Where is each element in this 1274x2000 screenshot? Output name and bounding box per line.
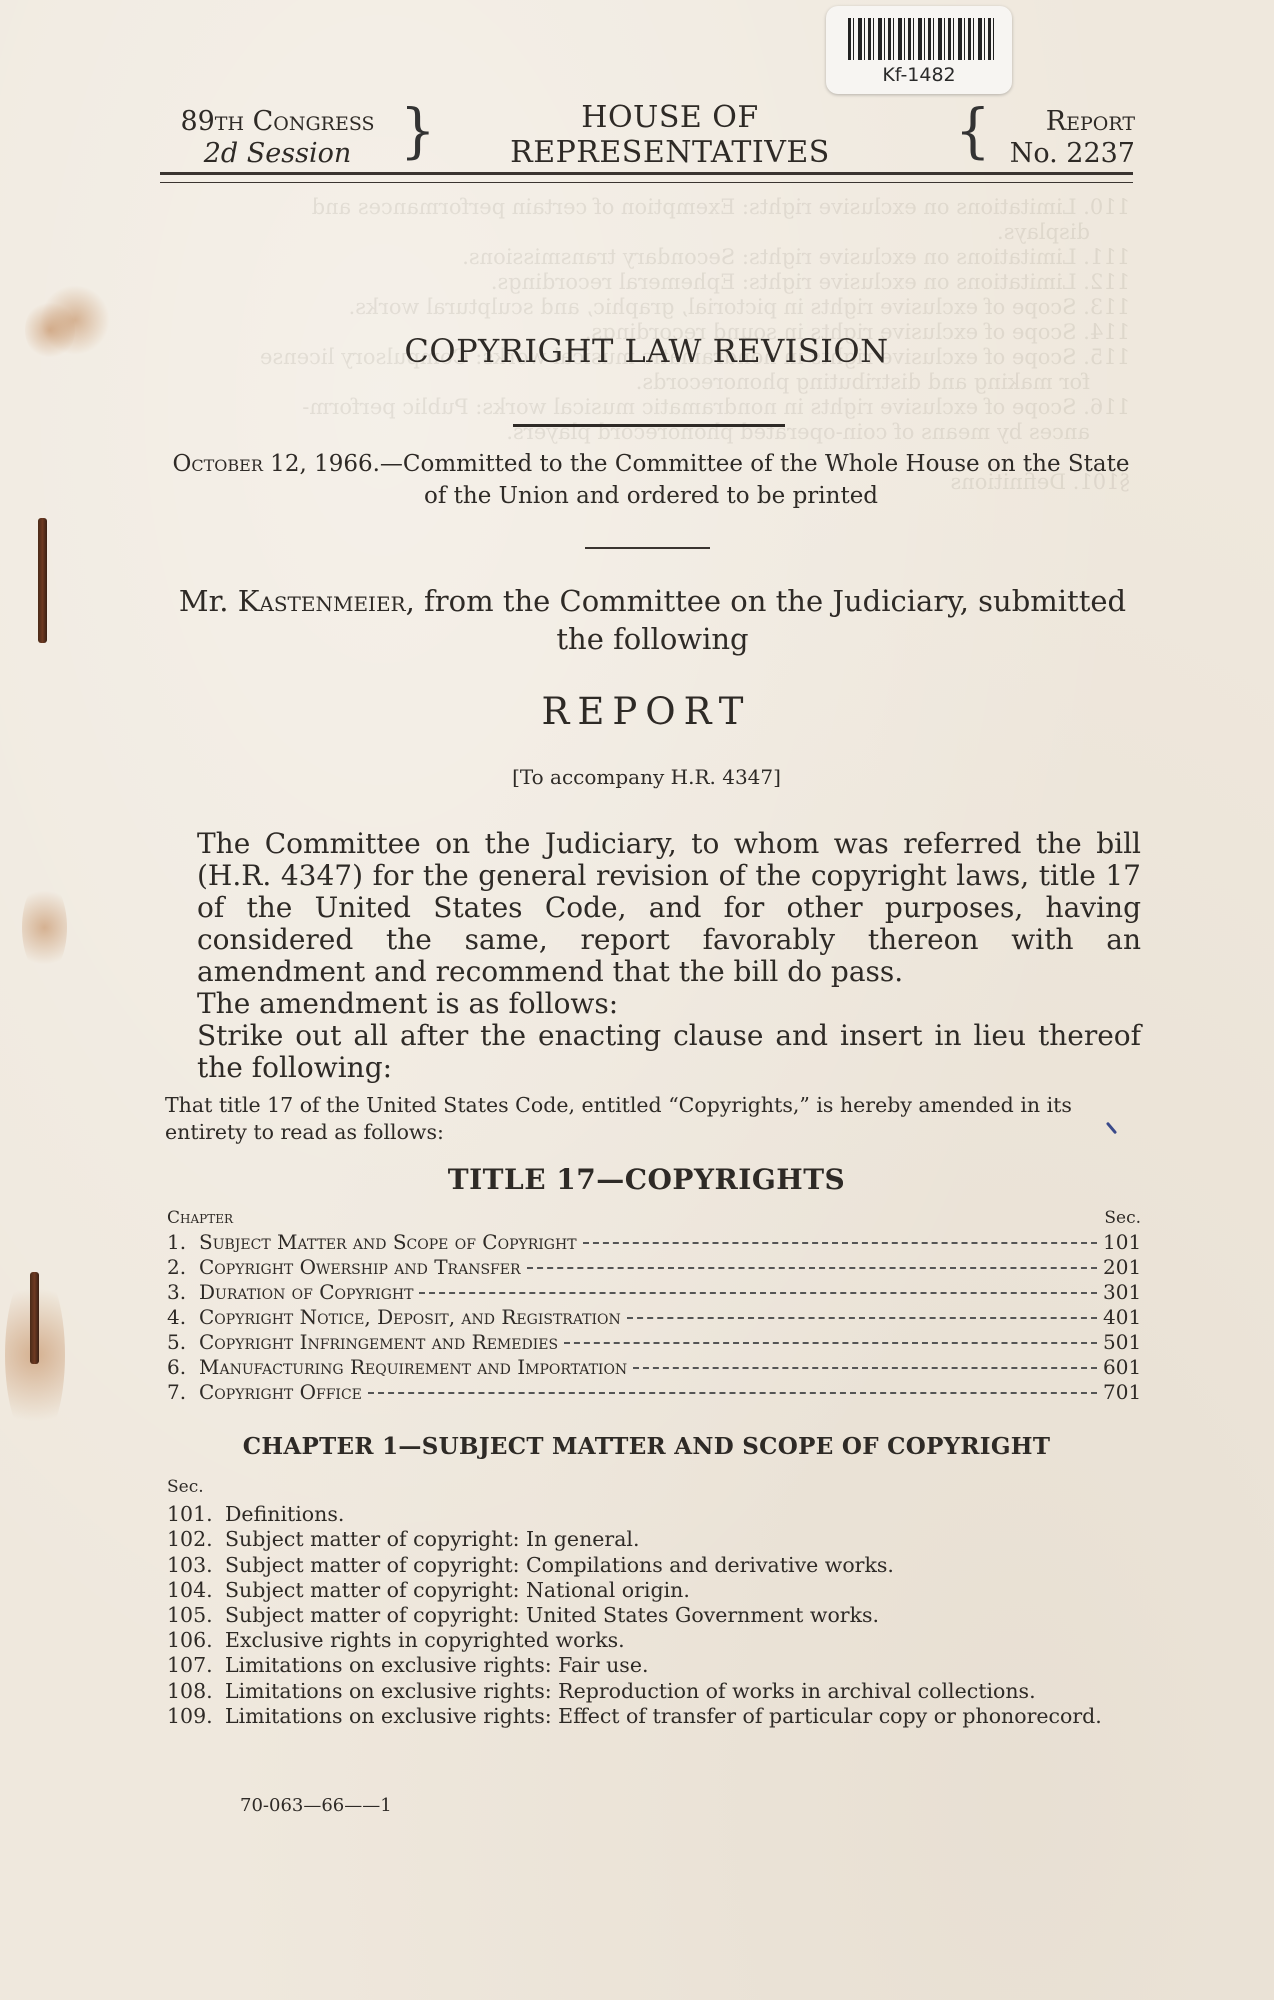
section-item: 108.Limitations on exclusive rights: Rep… bbox=[167, 1679, 1141, 1704]
section-title: Limitations on exclusive rights: Reprodu… bbox=[225, 1679, 1141, 1704]
toc-sec: 701 bbox=[1103, 1380, 1141, 1404]
submitted-line: Mr. Kastenmeier, from the Committee on t… bbox=[165, 582, 1140, 658]
toc-num: 5. bbox=[167, 1330, 199, 1354]
barcode-icon bbox=[848, 18, 998, 60]
rust-stain bbox=[25, 300, 75, 360]
section-title: Definitions. bbox=[225, 1502, 1141, 1527]
section-number: 107. bbox=[167, 1653, 225, 1678]
paragraph-text: The Committee on the Judiciary, to whom … bbox=[165, 828, 1141, 988]
toc-row: 1.Subject Matter and Scope of Copyright1… bbox=[167, 1230, 1141, 1255]
section-title: Subject matter of copyright: United Stat… bbox=[225, 1603, 1141, 1628]
section-item: 102.Subject matter of copyright: In gene… bbox=[167, 1527, 1141, 1552]
section-number: 103. bbox=[167, 1553, 225, 1578]
section-title: Subject matter of copyright: In general. bbox=[225, 1527, 1141, 1552]
section-number: 104. bbox=[167, 1578, 225, 1603]
section-title: Limitations on exclusive rights: Fair us… bbox=[225, 1653, 1141, 1678]
title-17-heading: TITLE 17—COPYRIGHTS bbox=[160, 1163, 1133, 1196]
document-header: 89th Congress 2d Session } HOUSE OF REPR… bbox=[165, 98, 1135, 168]
committed-notice: October 12, 1966.—Committed to the Commi… bbox=[165, 448, 1137, 512]
report-number: No. 2237 bbox=[1000, 138, 1135, 170]
committed-date: October 12, 1966. bbox=[173, 451, 380, 477]
committed-text: —Committed to the Committee of the Whole… bbox=[380, 451, 1130, 509]
section-item: 109.Limitations on exclusive rights: Eff… bbox=[167, 1704, 1141, 1729]
toc-name: Subject Matter and Scope of Copyright bbox=[199, 1230, 577, 1254]
toc-num: 6. bbox=[167, 1355, 199, 1379]
leader-dots bbox=[564, 1342, 1097, 1344]
toc-sec: 101 bbox=[1103, 1230, 1141, 1254]
section-number: 105. bbox=[167, 1603, 225, 1628]
section-number: 108. bbox=[167, 1679, 225, 1704]
section-number: 101. bbox=[167, 1502, 225, 1527]
toc-sec: 301 bbox=[1103, 1280, 1141, 1304]
section-number: 102. bbox=[167, 1527, 225, 1552]
toc-row: 7.Copyright Office701 bbox=[167, 1380, 1141, 1405]
section-item: 103.Subject matter of copyright: Compila… bbox=[167, 1553, 1141, 1578]
leader-dots bbox=[527, 1267, 1097, 1269]
leader-dots bbox=[419, 1292, 1097, 1294]
rust-stain bbox=[22, 880, 67, 975]
toc-name: Copyright Notice, Deposit, and Registrat… bbox=[199, 1305, 621, 1329]
header-double-rule bbox=[160, 172, 1133, 183]
toc-name: Copyright Owership and Transfer bbox=[199, 1255, 521, 1279]
toc-sec: 501 bbox=[1103, 1330, 1141, 1354]
leader-dots bbox=[368, 1392, 1097, 1394]
sec-label: Sec. bbox=[167, 1475, 1141, 1500]
leader-dots bbox=[583, 1242, 1097, 1244]
barcode-code: Kf-1482 bbox=[826, 64, 1012, 86]
enacting-paragraph: That title 17 of the United States Code,… bbox=[165, 1092, 1141, 1146]
section-title: Exclusive rights in copyrighted works. bbox=[225, 1628, 1141, 1653]
chapter-label: Chapter bbox=[167, 1208, 233, 1228]
congress: 89th Congress bbox=[165, 106, 390, 138]
section-item: 105.Subject matter of copyright: United … bbox=[167, 1603, 1141, 1628]
brace-right-icon: } bbox=[400, 101, 436, 164]
document-page: 110. Limitations on exclusive rights: Ex… bbox=[0, 0, 1274, 2000]
session: 2d Session bbox=[165, 138, 390, 170]
submitted-prefix: Mr. bbox=[179, 584, 238, 618]
accompany-note: [To accompany H.R. 4347] bbox=[160, 765, 1133, 789]
paragraph-text: Strike out all after the enacting clause… bbox=[165, 1020, 1141, 1084]
section-title: Subject matter of copyright: National or… bbox=[225, 1578, 1141, 1603]
leader-dots bbox=[633, 1367, 1097, 1369]
toc-row: 6.Manufacturing Requirement and Importat… bbox=[167, 1355, 1141, 1380]
toc-sec: 601 bbox=[1103, 1355, 1141, 1379]
section-title: Limitations on exclusive rights: Effect … bbox=[225, 1704, 1141, 1729]
sec-label: Sec. bbox=[1104, 1208, 1141, 1228]
report-heading: REPORT bbox=[160, 690, 1133, 733]
toc-name: Copyright Infringement and Remedies bbox=[199, 1330, 558, 1354]
report-label: Report bbox=[1000, 106, 1135, 138]
toc-row: 2.Copyright Owership and Transfer201 bbox=[167, 1255, 1141, 1280]
toc-num: 7. bbox=[167, 1380, 199, 1404]
toc-header: Chapter Sec. bbox=[167, 1208, 1141, 1228]
toc-name: Duration of Copyright bbox=[199, 1280, 413, 1304]
toc-name: Manufacturing Requirement and Importatio… bbox=[199, 1355, 627, 1379]
section-item: 107.Limitations on exclusive rights: Fai… bbox=[167, 1653, 1141, 1678]
title-rule bbox=[513, 424, 785, 427]
section-item: 106.Exclusive rights in copyrighted work… bbox=[167, 1628, 1141, 1653]
chapter-1-heading: CHAPTER 1—SUBJECT MATTER AND SCOPE OF CO… bbox=[160, 1433, 1133, 1460]
report-number-block: Report No. 2237 bbox=[1000, 106, 1135, 170]
toc-row: 3.Duration of Copyright301 bbox=[167, 1280, 1141, 1305]
toc-row: 5.Copyright Infringement and Remedies501 bbox=[167, 1330, 1141, 1355]
chapter-table-of-contents: Chapter Sec. 1.Subject Matter and Scope … bbox=[167, 1208, 1141, 1405]
barcode-label: Kf-1482 bbox=[826, 6, 1012, 94]
toc-name: Copyright Office bbox=[199, 1380, 362, 1404]
brace-left-icon: { bbox=[955, 101, 991, 164]
toc-num: 4. bbox=[167, 1305, 199, 1329]
body-paragraph-3: Strike out all after the enacting clause… bbox=[165, 1020, 1141, 1084]
section-item: 104.Subject matter of copyright: Nationa… bbox=[167, 1578, 1141, 1603]
congress-session: 89th Congress 2d Session bbox=[165, 106, 390, 170]
toc-num: 1. bbox=[167, 1230, 199, 1254]
toc-sec: 401 bbox=[1103, 1305, 1141, 1329]
chamber: HOUSE OF REPRESENTATIVES bbox=[435, 100, 905, 170]
submitted-text: , from the Committee on the Judiciary, s… bbox=[406, 584, 1126, 656]
member-name: Kastenmeier bbox=[238, 584, 406, 618]
print-code: 70-063—66——1 bbox=[240, 1795, 392, 1816]
section-item: 101.Definitions. bbox=[167, 1502, 1141, 1527]
separator-rule bbox=[585, 547, 710, 549]
body-paragraph-1: The Committee on the Judiciary, to whom … bbox=[165, 828, 1141, 988]
body-paragraph-2: The amendment is as follows: bbox=[165, 988, 1141, 1020]
section-title: Subject matter of copyright: Compilation… bbox=[225, 1553, 1141, 1578]
section-number: 109. bbox=[167, 1704, 225, 1729]
paragraph-text: The amendment is as follows: bbox=[165, 988, 1141, 1020]
staple-top bbox=[38, 518, 47, 643]
page-title: COPYRIGHT LAW REVISION bbox=[160, 332, 1133, 370]
toc-sec: 201 bbox=[1103, 1255, 1141, 1279]
toc-row: 4.Copyright Notice, Deposit, and Registr… bbox=[167, 1305, 1141, 1330]
leader-dots bbox=[627, 1317, 1097, 1319]
chapter-1-section-list: Sec. 101.Definitions. 102.Subject matter… bbox=[167, 1475, 1141, 1729]
section-number: 106. bbox=[167, 1628, 225, 1653]
staple-bottom bbox=[30, 1272, 39, 1364]
toc-num: 2. bbox=[167, 1255, 199, 1279]
toc-num: 3. bbox=[167, 1280, 199, 1304]
